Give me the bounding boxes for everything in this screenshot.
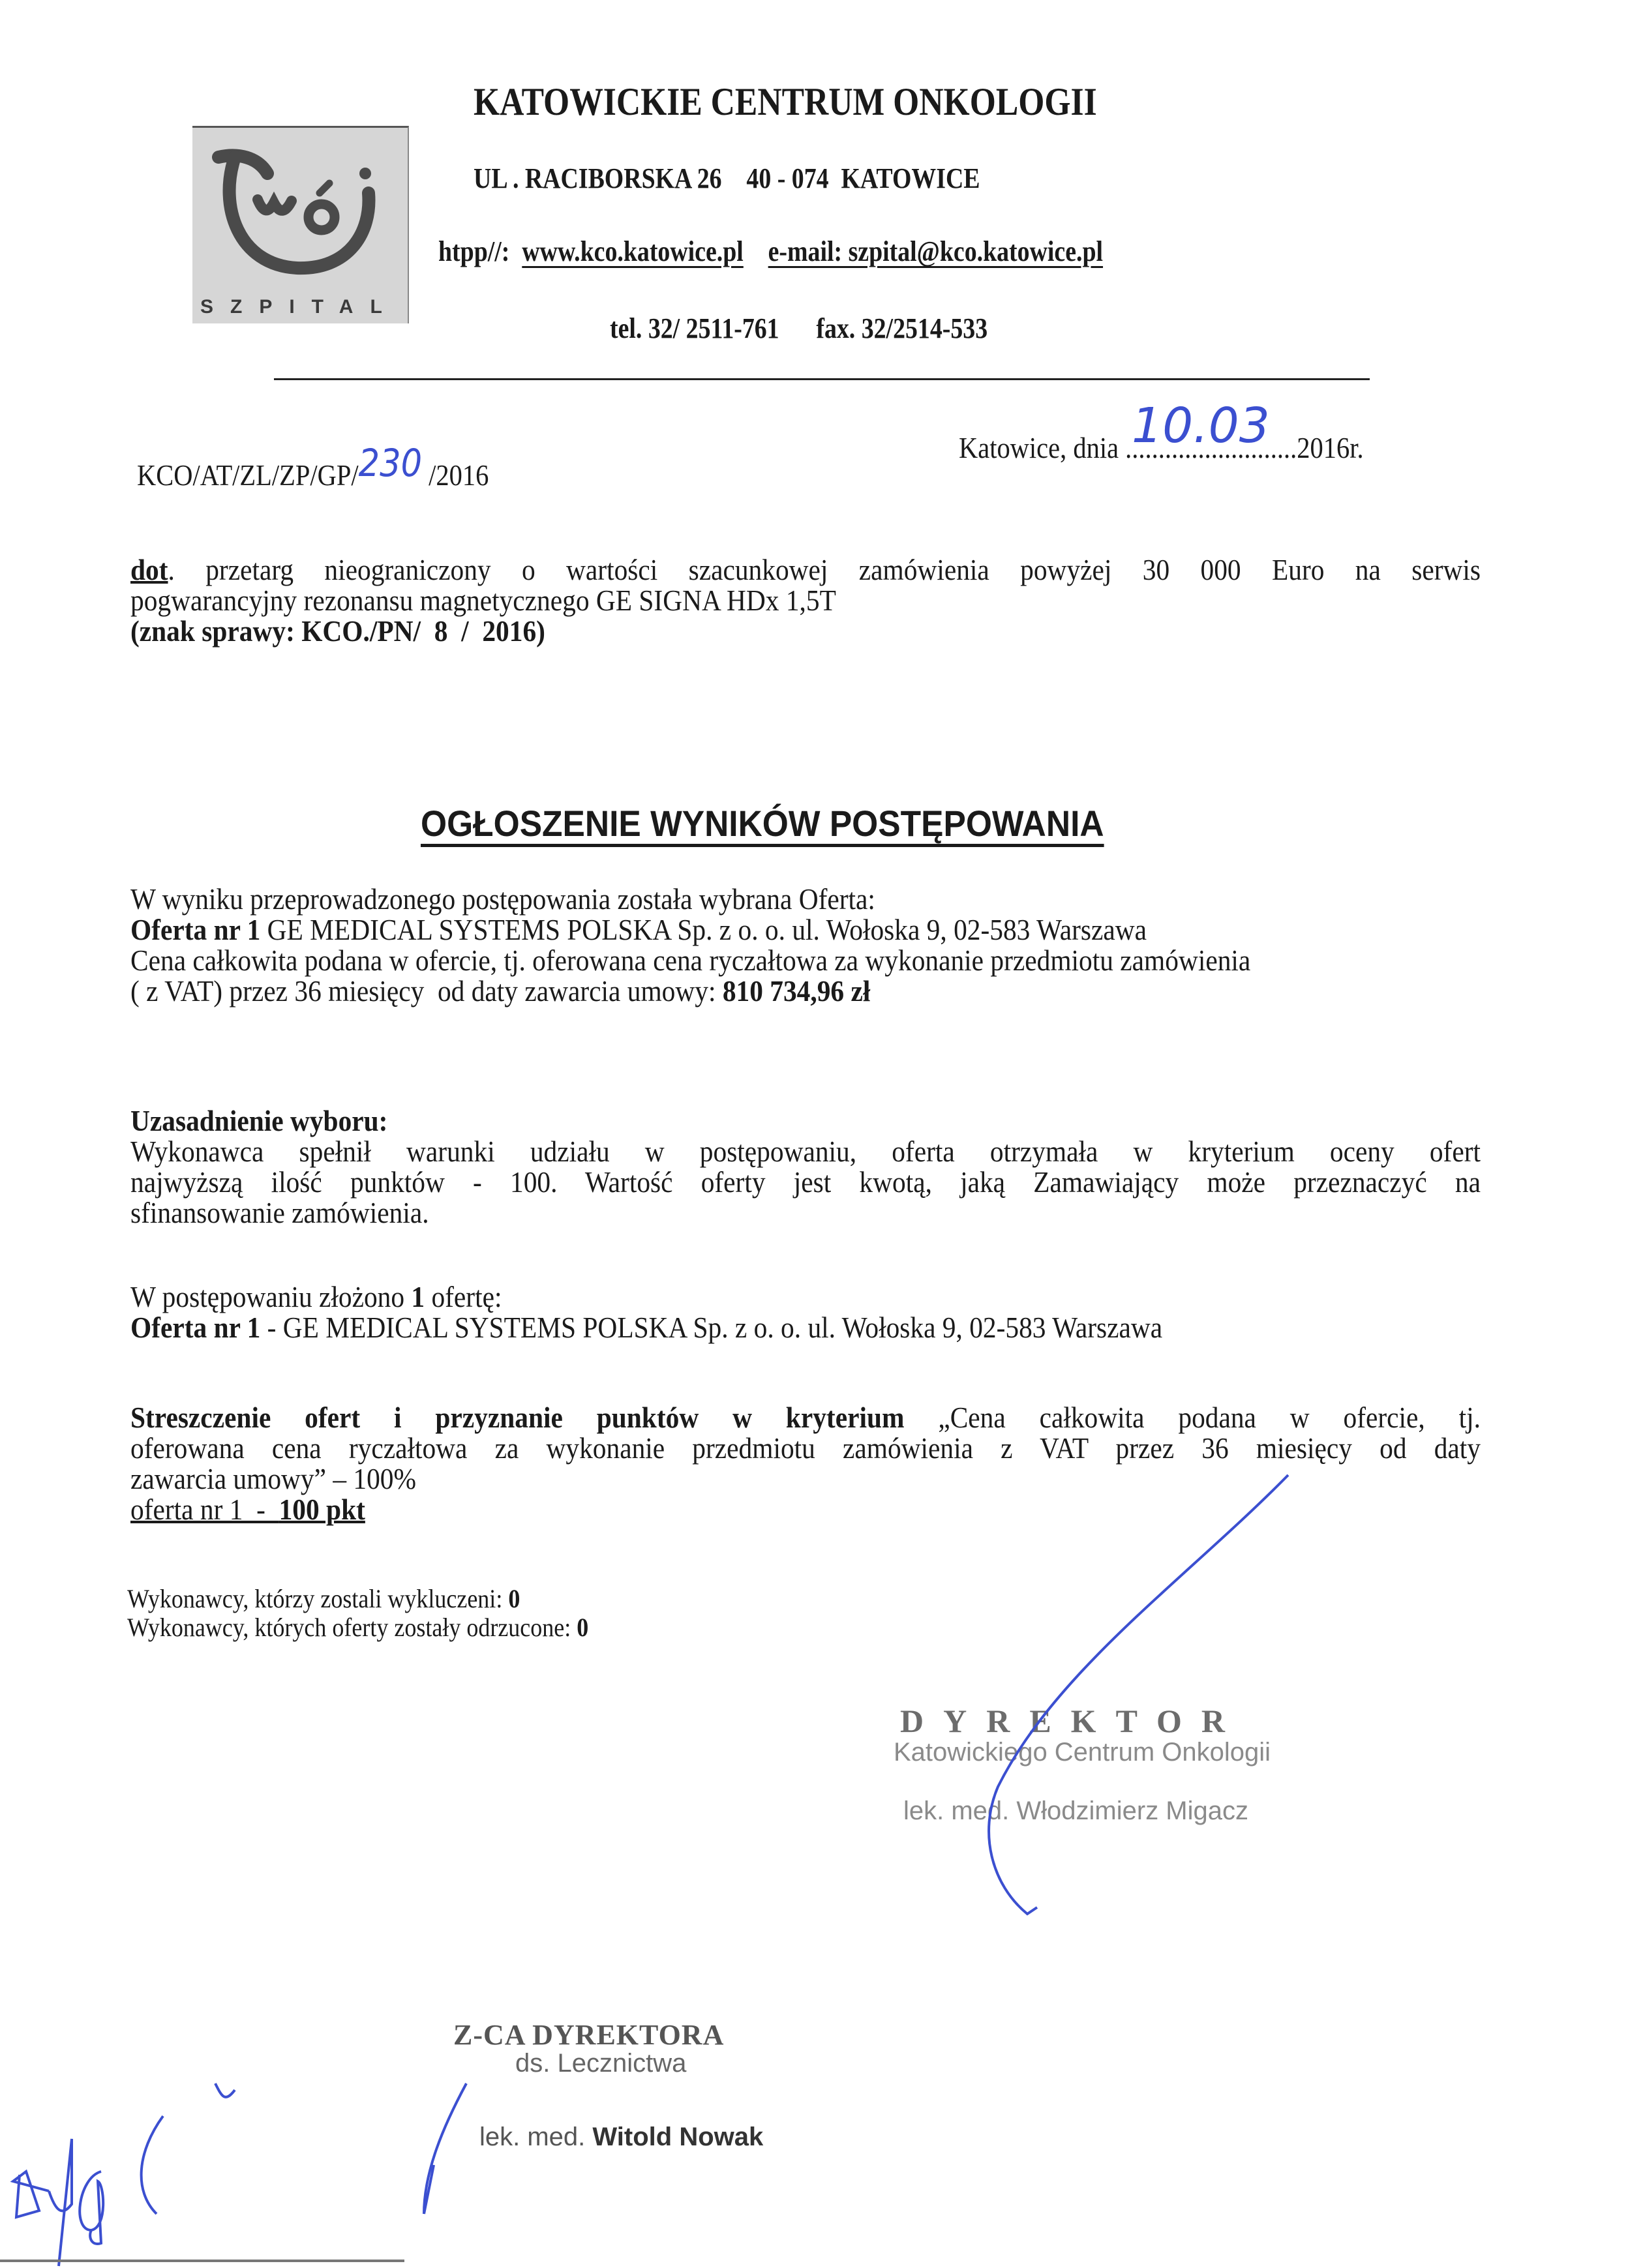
deputy-name: Witold Nowak [592, 2123, 763, 2151]
deputy-name-prefix: lek. med. [479, 2123, 592, 2151]
twoj-logo-icon [192, 128, 408, 297]
deputy-signature-icon [215, 2083, 466, 2214]
rejected-label: Wykonawcy, których oferty zostały odrzuc… [127, 1613, 577, 1642]
offers-count: 1 [411, 1280, 425, 1313]
contact-web-email: htpp//: www.kco.katowice.pl e-mail: szpi… [438, 235, 1103, 268]
date-place: Katowice, dnia [959, 431, 1125, 464]
deputy-stamp-subtitle: ds. Lecznictwa [515, 2049, 686, 2078]
price-line-2: ( z VAT) przez 36 miesięcy od daty zawar… [130, 976, 1481, 1006]
summary-block: Streszczenie ofert i przyznanie punktów … [130, 1402, 1481, 1525]
points-line: oferta nr 1 - 100 pkt [130, 1494, 365, 1525]
justification-line-1: Wykonawca spełnił warunki udziału w post… [130, 1136, 1481, 1167]
summary-heading: Streszczenie ofert i przyznanie punktów … [130, 1401, 904, 1434]
fax: fax. 32/2514-533 [816, 312, 987, 344]
selection-intro: W wyniku przeprowadzonego postępowania z… [130, 884, 1481, 914]
case-number: (znak sprawy: KCO./PN/ 8 / 2016) [130, 616, 1481, 646]
justification-line-2: najwyższą ilość punktów - 100. Wartość o… [130, 1167, 1481, 1197]
summary-line-1: Streszczenie ofert i przyznanie punktów … [130, 1402, 1481, 1433]
subject-block: dot. przetarg nieograniczony o wartości … [130, 554, 1481, 646]
bottom-edge-line [0, 2260, 404, 2262]
reference-handwritten-number: 230 [359, 441, 422, 485]
excluded-count: 0 [508, 1584, 520, 1613]
selection-block: W wyniku przeprowadzonego postępowania z… [130, 884, 1481, 1006]
initial-c-icon [142, 2116, 163, 2214]
reference-prefix: KCO/AT/ZL/ZP/GP/ [137, 458, 359, 492]
price-text: ( z VAT) przez 36 miesięcy od daty zawar… [130, 974, 723, 1007]
summary-line-3: zawarcia umowy” – 100% [130, 1463, 1481, 1494]
rejected-count: 0 [577, 1613, 588, 1642]
director-signature-icon [989, 1475, 1288, 1914]
offer-label: Oferta nr 1 [130, 913, 260, 946]
institution-name: KATOWICKIE CENTRUM ONKOLOGII [474, 80, 1097, 125]
offers-intro-suffix: ofertę: [425, 1280, 502, 1313]
submitted-offer-label: Oferta nr 1 [130, 1311, 260, 1344]
contact-phone-fax: tel. 32/ 2511-761 fax. 32/2514-533 [610, 312, 987, 345]
offers-intro-text: W postępowaniu złożono [130, 1280, 411, 1313]
initials-icon [13, 2139, 103, 2266]
subject-line-1: dot. przetarg nieograniczony o wartości … [130, 554, 1481, 585]
justification-line-3: sfinansowanie zamówienia. [130, 1197, 1481, 1228]
page-title: OGŁOSZENIE WYNIKÓW POSTĘPOWANIA [421, 802, 1104, 844]
deputy-stamp-name: lek. med. Witold Nowak [479, 2123, 763, 2152]
subject-text: . przetarg nieograniczony o wartości sza… [168, 553, 1481, 586]
summary-line-2: oferowana cena ryczałtowa za wykonanie p… [130, 1433, 1481, 1463]
price-line-1: Cena całkowita podana w ofercie, tj. ofe… [130, 945, 1481, 976]
points-value: 100 pkt [279, 1493, 365, 1526]
justification-heading: Uzasadnienie wyboru: [130, 1105, 1481, 1136]
justification-block: Uzasadnienie wyboru: Wykonawca spełnił w… [130, 1105, 1481, 1228]
rejected-line: Wykonawcy, których oferty zostały odrzuc… [127, 1613, 1477, 1642]
reference-suffix: /2016 [422, 458, 489, 492]
points-prefix: oferta nr 1 - [130, 1493, 279, 1526]
offer-text: GE MEDICAL SYSTEMS POLSKA Sp. z o. o. ul… [260, 913, 1147, 946]
hospital-logo: SZPITAL [192, 126, 409, 323]
logo-text: SZPITAL [200, 296, 402, 318]
website-link[interactable]: www.kco.katowice.pl [522, 235, 744, 267]
exclusions-block: Wykonawcy, którzy zostali wykluczeni: 0 … [127, 1585, 1477, 1642]
date-year: 2016r. [1297, 431, 1363, 464]
handwritten-date: 10.03 [1132, 398, 1270, 454]
deputy-stamp-title: Z-CA DYREKTORA [453, 2018, 724, 2052]
director-stamp-title: DYREKTOR [900, 1702, 1244, 1740]
price-value: 810 734,96 zł [723, 974, 871, 1007]
excluded-line: Wykonawcy, którzy zostali wykluczeni: 0 [127, 1585, 1477, 1613]
telephone: tel. 32/ 2511-761 [610, 312, 779, 344]
offers-submitted-intro: W postępowaniu złożono 1 ofertę: [130, 1281, 1481, 1312]
institution-address: UL . RACIBORSKA 26 40 - 074 KATOWICE [474, 162, 980, 195]
submitted-offer: Oferta nr 1 - GE MEDICAL SYSTEMS POLSKA … [130, 1312, 1481, 1343]
subject-label: dot [130, 553, 168, 586]
excluded-label: Wykonawcy, którzy zostali wykluczeni: [127, 1584, 508, 1613]
reference-number: KCO/AT/ZL/ZP/GP/230 /2016 [137, 450, 489, 494]
selected-offer: Oferta nr 1 GE MEDICAL SYSTEMS POLSKA Sp… [130, 914, 1481, 945]
offers-submitted-block: W postępowaniu złożono 1 ofertę: Oferta … [130, 1281, 1481, 1343]
director-stamp-org: Katowickiego Centrum Onkologii [894, 1738, 1271, 1767]
header-divider [274, 378, 1370, 380]
director-stamp-name: lek. med. Włodzimierz Migacz [903, 1797, 1248, 1826]
web-prefix: htpp//: [438, 235, 516, 267]
summary-criterion: „Cena całkowita podana w ofercie, tj. [904, 1401, 1481, 1434]
subject-line-2: pogwarancyjny rezonansu magnetycznego GE… [130, 585, 1481, 616]
email-link[interactable]: e-mail: szpital@kco.katowice.pl [768, 235, 1103, 267]
submitted-offer-text: - GE MEDICAL SYSTEMS POLSKA Sp. z o. o. … [260, 1311, 1162, 1344]
